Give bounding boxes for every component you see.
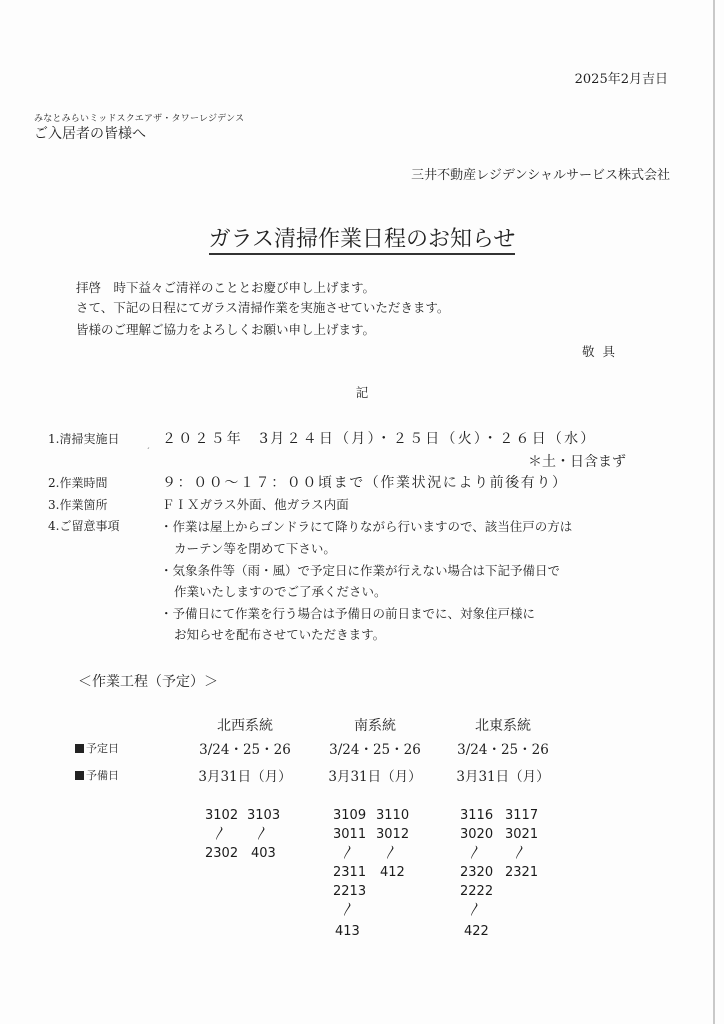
notice-bullet-2-cont: 作業いたしますのでご了承ください。 [174, 582, 387, 600]
item-2-label: 2.作業時間 [48, 474, 107, 491]
planned-south: 3/24・25・26 [310, 738, 440, 758]
item-3-label: 3.作業箇所 [48, 496, 107, 513]
unit-number: 3110 [376, 806, 420, 825]
addressee: ご入居者の皆様へ [34, 123, 146, 143]
document-title-text: ガラス清掃作業日程のお知らせ [209, 227, 516, 255]
unit-number: 413 [333, 922, 377, 941]
item-3-value: ＦＩＸガラス外面、他ガラス内面 [162, 495, 349, 513]
unit-number: 3103 [247, 806, 291, 825]
square-bullet-icon [75, 744, 84, 753]
unit-number: 3021 [505, 825, 549, 844]
document-title: ガラス清掃作業日程のお知らせ [0, 222, 724, 253]
range-tilde-icon: 〳 [247, 825, 291, 844]
ki-heading: 記 [0, 383, 724, 401]
row-label-planned: 予定日 [75, 740, 119, 756]
sender-company: 三井不動産レジデンシャルサービス株式会社 [411, 164, 670, 183]
range-tilde-icon: 〳 [505, 844, 549, 863]
square-bullet-icon [75, 771, 84, 780]
unit-number: 2320 [460, 863, 504, 882]
unit-number: 3011 [333, 825, 377, 844]
item-1-value: ２０２５年 3月２４日（月）・２５日（火）・２６日（水） [162, 428, 597, 448]
range-tilde-icon: 〳 [333, 844, 377, 863]
planned-northeast: 3/24・25・26 [438, 738, 568, 758]
range-tilde-icon: 〳 [205, 825, 249, 844]
unit-number: 2311 [333, 863, 377, 882]
notice-bullet-2: ・気象条件等（雨・風）で予定日に作業が行えない場合は下記予備日で [160, 561, 560, 579]
reserve-south: 3月31日（月） [310, 765, 440, 785]
item-4-label: 4.ご留意事項 [48, 517, 119, 534]
greeting-line-2: さて、下記の日程にてガラス清掃作業を実施させていただきます。 [76, 298, 449, 316]
range-tilde-icon: 〳 [460, 844, 504, 863]
document-date: 2025年2月吉日 [575, 68, 668, 87]
unit-number: 2213 [333, 882, 377, 901]
south-units-b: 3110 3012 〳 412 [376, 806, 420, 882]
notice-bullet-3-cont: お知らせを配布させていただきます。 [174, 625, 385, 643]
column-header-northeast: 北東系統 [438, 715, 568, 735]
unit-number: 3012 [376, 825, 420, 844]
stray-mark: ˊ [146, 447, 150, 456]
south-units-a: 3109 3011 〳 2311 2213 〳 413 [333, 806, 377, 941]
unit-number: 422 [460, 922, 504, 941]
northwest-units-a: 3102 〳 2302 [205, 806, 249, 863]
reserve-northwest: 3月31日（月） [180, 765, 310, 785]
row-label-reserve: 予備日 [75, 767, 119, 783]
greeting-line-3: 皆様のご理解ご協力をよろしくお願い申し上げます。 [76, 320, 375, 338]
unit-number: 2222 [460, 882, 504, 901]
unit-number: 3116 [460, 806, 504, 825]
northwest-units-b: 3103 〳 403 [247, 806, 291, 863]
column-header-northwest: 北西系統 [180, 715, 310, 735]
notice-bullet-3: ・予備日にて作業を行う場合は予備日の前日までに、対象住戸様に [160, 604, 535, 622]
range-tilde-icon: 〳 [333, 901, 377, 920]
row-label-planned-text: 予定日 [86, 742, 119, 755]
scan-page-edge [713, 0, 715, 1024]
item-1-note: ＊土・日含まず [528, 451, 626, 471]
schedule-title: ＜作業工程（予定）＞ [78, 671, 218, 691]
northeast-units-a: 3116 3020 〳 2320 2222 〳 422 [460, 806, 504, 941]
unit-number: 2321 [505, 863, 549, 882]
greeting-line-1: 拝啓 時下益々ご清祥のこととお慶び申し上げます。 [76, 278, 375, 296]
unit-number: 2302 [205, 844, 249, 863]
item-2-value: ９：００～１７：００頃まで（作業状況により前後有り） [162, 472, 568, 492]
unit-number: 3109 [333, 806, 377, 825]
closing-keigu: 敬具 [582, 342, 623, 360]
unit-number: 412 [376, 863, 420, 882]
northeast-units-b: 3117 3021 〳 2321 [505, 806, 549, 882]
reserve-northeast: 3月31日（月） [438, 765, 568, 785]
planned-northwest: 3/24・25・26 [180, 738, 310, 758]
range-tilde-icon: 〳 [460, 901, 504, 920]
item-1-label: 1.清掃実施日 [48, 430, 119, 447]
unit-number: 3020 [460, 825, 504, 844]
notice-bullet-1: ・作業は屋上からゴンドラにて降りながら行いますので、該当住戸の方は [160, 517, 572, 535]
row-label-reserve-text: 予備日 [86, 769, 119, 782]
column-header-south: 南系統 [310, 715, 440, 735]
range-tilde-icon: 〳 [376, 844, 420, 863]
unit-number: 403 [247, 844, 291, 863]
notice-bullet-1-cont: カーテン等を閉めて下さい。 [174, 539, 336, 557]
unit-number: 3117 [505, 806, 549, 825]
unit-number: 3102 [205, 806, 249, 825]
